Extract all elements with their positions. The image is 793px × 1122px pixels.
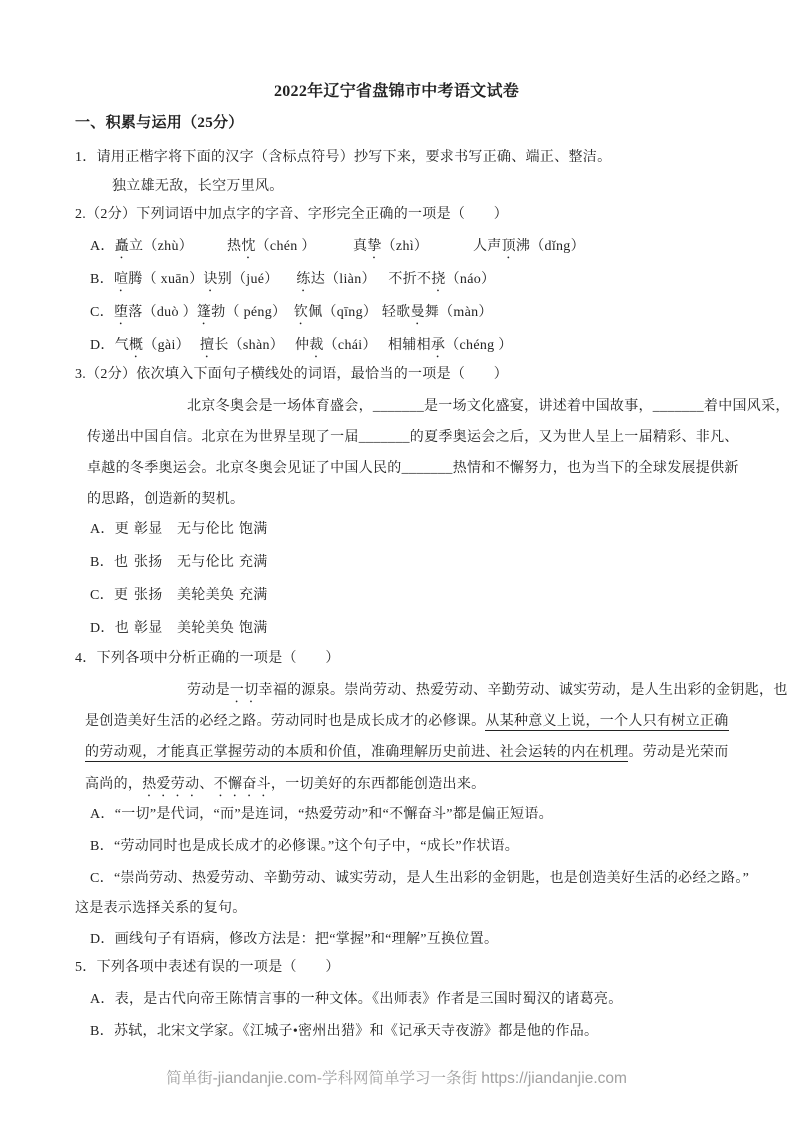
emphasized-text: 钦 xyxy=(294,305,308,320)
text-run: B．苏轼，北宋文学家。《江城子•密州出猎》和《记承天寺夜游》都是他的作品。 xyxy=(90,1024,598,1039)
word-group: 张扬 xyxy=(134,552,177,574)
q4-passage-line-2: 是创造美好生活的必经之路。劳动同时也是成长成才的必修课。从某种意义上说，一个人只… xyxy=(85,711,729,733)
word-group: C．更 xyxy=(90,585,134,607)
text-run: A． xyxy=(90,239,115,254)
text-run: 佩（qīng） xyxy=(308,305,377,320)
word-group: 相辅相承（chéng ） xyxy=(388,335,513,361)
text-run: （chéng ） xyxy=(445,338,512,353)
text-run: B．也 xyxy=(90,555,128,570)
emphasized-text: 顶 xyxy=(502,239,516,254)
text-run: 独立雄无敌，长空万里风。 xyxy=(112,179,284,194)
word-group: 钦佩（qīng） xyxy=(294,302,382,328)
q4-passage-line-4: 高尚的，热爱劳动、不懈奋斗，一切美好的东西都能创造出来。 xyxy=(85,774,485,800)
emphasized-text: 热爱劳动 xyxy=(142,777,199,792)
text-run: 幸福的源泉。崇尚劳动、热爱劳动、辛勤劳动、诚实劳动，是人生出彩的金钥匙，也 xyxy=(259,683,788,698)
text-run: 轻歌 xyxy=(382,305,411,320)
q2-stem: 2.（2分）下列词语中加点字的字音、字形完全正确的一项是（ ） xyxy=(75,204,508,226)
text-run: ，一切美好的东西都能创造出来。 xyxy=(271,777,486,792)
text-run: 一、积累与运用（25分） xyxy=(75,115,244,131)
q3-passage-line-3: 卓越的冬季奥运会。北京冬奥会见证了中国人民的_______热情和不懈努力，也为当… xyxy=(87,458,739,480)
q4-option-c-line-1: C．“崇尚劳动、热爱劳动、辛勤劳动、诚实劳动，是人生出彩的金钥匙，也是创造美好生… xyxy=(90,868,749,890)
emphasized-text: 裁 xyxy=(309,338,323,353)
text-run: B． xyxy=(90,272,114,287)
emphasized-text: 诀 xyxy=(203,272,217,287)
text-run: C．更 xyxy=(90,588,128,603)
q3-passage-line-4: 的思路，创造新的契机。 xyxy=(87,489,244,511)
text-run: 是创造美好生活的必经之路。劳动同时也是成长成才的必修课。 xyxy=(85,714,485,729)
text-run: 北京冬奥会是一场体育盛会，_______是一场文化盛宴，讲述着中国故事，____… xyxy=(187,399,790,414)
q4-passage-line-1: 劳动是一切幸福的源泉。崇尚劳动、热爱劳动、辛勤劳动、诚实劳动，是人生出彩的金钥匙… xyxy=(187,680,788,706)
text-run: 劳动是 xyxy=(187,683,230,698)
text-run: 张扬 xyxy=(134,555,163,570)
emphasized-text: 矗 xyxy=(115,239,129,254)
text-run: 美轮美奂 xyxy=(177,588,234,603)
word-group: 张扬 xyxy=(134,585,177,607)
text-run: 舞（màn） xyxy=(425,305,493,320)
text-run: 1．请用正楷字将下面的汉字（含标点符号）抄写下来，要求书写正确、端正、整洁。 xyxy=(75,150,611,165)
text-run: 4．下列各项中分析正确的一项是（ ） xyxy=(75,651,340,666)
q2-option-a: A．矗立（zhù）热忱（chén ）真挚（zhì）人声顶沸（dǐng） xyxy=(90,236,585,262)
word-group: 无与伦比 xyxy=(177,519,239,541)
emphasized-text: 篷 xyxy=(197,305,211,320)
emphasized-text: 不懈奋斗 xyxy=(214,777,271,792)
text-run: A．“一切”是代词，“而”是连词，“热爱劳动”和“不懈奋斗”都是偏正短语。 xyxy=(90,807,553,822)
emphasized-text: 一切 xyxy=(230,683,259,698)
q5-option-b: B．苏轼，北宋文学家。《江城子•密州出猎》和《记承天寺夜游》都是他的作品。 xyxy=(90,1021,598,1043)
text-run: 的思路，创造新的契机。 xyxy=(87,492,244,507)
word-group: 真挚（zhì） xyxy=(353,236,473,262)
text-run: （chén ） xyxy=(256,239,316,254)
q4-option-a: A．“一切”是代词，“而”是连词，“热爱劳动”和“不懈奋斗”都是偏正短语。 xyxy=(90,804,553,826)
text-run: 饱满 xyxy=(239,522,268,537)
text-run: 立（zhù） xyxy=(129,239,193,254)
word-group: A．更 xyxy=(90,519,134,541)
q2-option-b: B．喧腾（ xuān）诀别（jué）练达（liàn）不折不挠（náo） xyxy=(90,269,495,295)
word-group: 美轮美奂 xyxy=(177,585,239,607)
word-group: 仲裁（chái） xyxy=(295,335,388,361)
text-run: 。劳动是光荣而 xyxy=(628,745,728,760)
emphasized-text: 喧 xyxy=(114,272,128,287)
text-run: 美轮美奂 xyxy=(177,621,234,636)
q3-option-c: C．更张扬美轮美奂充满 xyxy=(90,585,268,607)
text-run: 2.（2分）下列词语中加点字的字音、字形完全正确的一项是（ ） xyxy=(75,207,508,222)
text-run: 饱满 xyxy=(239,621,268,636)
q5-option-a: A．表，是古代向帝王陈情言事的一种文体。《出师表》作者是三国时蜀汉的诸葛亮。 xyxy=(90,989,623,1011)
text-run: 无与伦比 xyxy=(177,555,234,570)
emphasized-text: 承 xyxy=(431,338,445,353)
text-run: A．表，是古代向帝王陈情言事的一种文体。《出师表》作者是三国时蜀汉的诸葛亮。 xyxy=(90,992,623,1007)
text-run: C．“崇尚劳动、热爱劳动、辛勤劳动、诚实劳动，是人生出彩的金钥匙，也是创造美好生… xyxy=(90,871,749,886)
text-run: 充满 xyxy=(239,555,268,570)
word-group: 彰显 xyxy=(134,519,177,541)
underlined-text: 的劳动观，才能真正掌握劳动的本质和价值，准确理解历史前进、社会运转的内在机理 xyxy=(85,745,628,762)
emphasized-text: 堕 xyxy=(114,305,128,320)
emphasized-text: 练 xyxy=(296,272,310,287)
q2-option-d: D．气概（gài）擅长（shàn）仲裁（chái）相辅相承（chéng ） xyxy=(90,335,513,361)
section-heading: 一、积累与运用（25分） xyxy=(75,112,244,134)
text-run: 无与伦比 xyxy=(177,522,234,537)
text-run: 热 xyxy=(227,239,241,254)
word-group: 练达（liàn） xyxy=(296,269,388,295)
text-run: 、 xyxy=(199,777,213,792)
q3-passage-line-1: 北京冬奥会是一场体育盛会，_______是一场文化盛宴，讲述着中国故事，____… xyxy=(187,396,790,418)
text-run: 5．下列各项中表述有误的一项是（ ） xyxy=(75,960,340,975)
text-run: 高尚的， xyxy=(85,777,142,792)
q4-option-c-line-2: 这是表示选择关系的复句。 xyxy=(75,898,247,920)
text-run: 勃（ péng） xyxy=(211,305,286,320)
word-group: 诀别（jué） xyxy=(203,269,296,295)
text-run: D．气 xyxy=(90,338,129,353)
emphasized-text: 挠 xyxy=(431,272,445,287)
word-group: 不折不挠（náo） xyxy=(388,269,495,295)
footer-watermark: 简单街-jiandanjie.com-学科网简单学习一条街 https://ji… xyxy=(0,1068,793,1090)
emphasized-text: 擅 xyxy=(200,338,214,353)
q3-option-a: A．更彰显无与伦比饱满 xyxy=(90,519,268,541)
word-group: 篷勃（ péng） xyxy=(197,302,294,328)
text-run: 相辅相 xyxy=(388,338,431,353)
text-run: D．画线句子有语病，修改方法是：把“掌握”和“理解”互换位置。 xyxy=(90,932,498,947)
word-group: B．也 xyxy=(90,552,134,574)
q1-stem: 1．请用正楷字将下面的汉字（含标点符号）抄写下来，要求书写正确、端正、整洁。 xyxy=(75,147,611,169)
word-group: 无与伦比 xyxy=(177,552,239,574)
text-run: （zhì） xyxy=(382,239,429,254)
text-run: 2022年辽宁省盘锦市中考语文试卷 xyxy=(274,83,519,100)
text-run: 3.（2分）依次填入下面句子横线处的词语，最恰当的一项是（ ） xyxy=(75,367,508,382)
q3-passage-line-2: 传递出中国自信。北京在为世界呈现了一届_______的夏季奥运会之后，又为世人呈… xyxy=(87,427,739,449)
text-run: 真 xyxy=(353,239,367,254)
word-group: 擅长（shàn） xyxy=(200,335,295,361)
text-run: 简单街-jiandanjie.com-学科网简单学习一条街 https://ji… xyxy=(166,1070,627,1087)
text-run: 充满 xyxy=(239,588,268,603)
text-run: （náo） xyxy=(446,272,496,287)
text-run: B．“劳动同时也是成长成才的必修课。”这个句子中，“成长”作状语。 xyxy=(90,839,519,854)
emphasized-text: 概 xyxy=(129,338,143,353)
emphasized-text: 曼 xyxy=(410,305,424,320)
q4-passage-line-3: 的劳动观，才能真正掌握劳动的本质和价值，准确理解历史前进、社会运转的内在机理。劳… xyxy=(85,742,729,764)
q5-stem: 5．下列各项中表述有误的一项是（ ） xyxy=(75,957,340,979)
emphasized-text: 挚 xyxy=(367,239,381,254)
document-page: 2022年辽宁省盘锦市中考语文试卷一、积累与运用（25分）1．请用正楷字将下面的… xyxy=(0,0,793,1122)
text-run: 别（jué） xyxy=(218,272,279,287)
q4-option-b: B．“劳动同时也是成长成才的必修课。”这个句子中，“成长”作状语。 xyxy=(90,836,519,858)
word-group: 人声顶沸（dǐng） xyxy=(473,236,585,262)
q1-copy-text: 独立雄无敌，长空万里风。 xyxy=(112,176,284,198)
underlined-text: 从某种意义上说，一个人只有树立正确 xyxy=(485,714,728,731)
word-group: C．堕落（duò ） xyxy=(90,302,197,328)
text-run: 达（liàn） xyxy=(311,272,376,287)
doc-title: 2022年辽宁省盘锦市中考语文试卷 xyxy=(0,81,793,103)
word-group: 轻歌曼舞（màn） xyxy=(382,302,493,328)
text-run: 彰显 xyxy=(134,621,163,636)
text-run: 人声 xyxy=(473,239,502,254)
text-run: 彰显 xyxy=(134,522,163,537)
word-group: 美轮美奂 xyxy=(177,618,239,640)
q2-option-c: C．堕落（duò ）篷勃（ péng）钦佩（qīng）轻歌曼舞（màn） xyxy=(90,302,493,328)
word-group: A．矗立（zhù） xyxy=(90,236,227,262)
word-group: D．也 xyxy=(90,618,134,640)
word-group: 彰显 xyxy=(134,618,177,640)
text-run: 腾（ xuān） xyxy=(128,272,203,287)
text-run: 长（shàn） xyxy=(214,338,284,353)
q4-option-d: D．画线句子有语病，修改方法是：把“掌握”和“理解”互换位置。 xyxy=(90,929,498,951)
word-group: D．气概（gài） xyxy=(90,335,200,361)
text-run: 落（duò ） xyxy=(128,305,197,320)
text-run: 张扬 xyxy=(134,588,163,603)
text-run: 传递出中国自信。北京在为世界呈现了一届_______的夏季奥运会之后，又为世人呈… xyxy=(87,430,739,445)
q4-stem: 4．下列各项中分析正确的一项是（ ） xyxy=(75,648,340,670)
word-group: 热忱（chén ） xyxy=(227,236,353,262)
text-run: 仲 xyxy=(295,338,309,353)
text-run: （chái） xyxy=(324,338,377,353)
word-group: B．喧腾（ xuān） xyxy=(90,269,203,295)
text-run: 这是表示选择关系的复句。 xyxy=(75,901,247,916)
text-run: 卓越的冬季奥运会。北京冬奥会见证了中国人民的_______热情和不懈努力，也为当… xyxy=(87,461,739,476)
text-run: 沸（dǐng） xyxy=(516,239,585,254)
q3-stem: 3.（2分）依次填入下面句子横线处的词语，最恰当的一项是（ ） xyxy=(75,364,508,386)
emphasized-text: 忱 xyxy=(241,239,255,254)
q3-option-d: D．也彰显美轮美奂饱满 xyxy=(90,618,268,640)
text-run: 不折不 xyxy=(388,272,431,287)
text-run: C． xyxy=(90,305,114,320)
text-run: D．也 xyxy=(90,621,129,636)
text-run: （gài） xyxy=(143,338,190,353)
text-run: A．更 xyxy=(90,522,129,537)
q3-option-b: B．也张扬无与伦比充满 xyxy=(90,552,268,574)
